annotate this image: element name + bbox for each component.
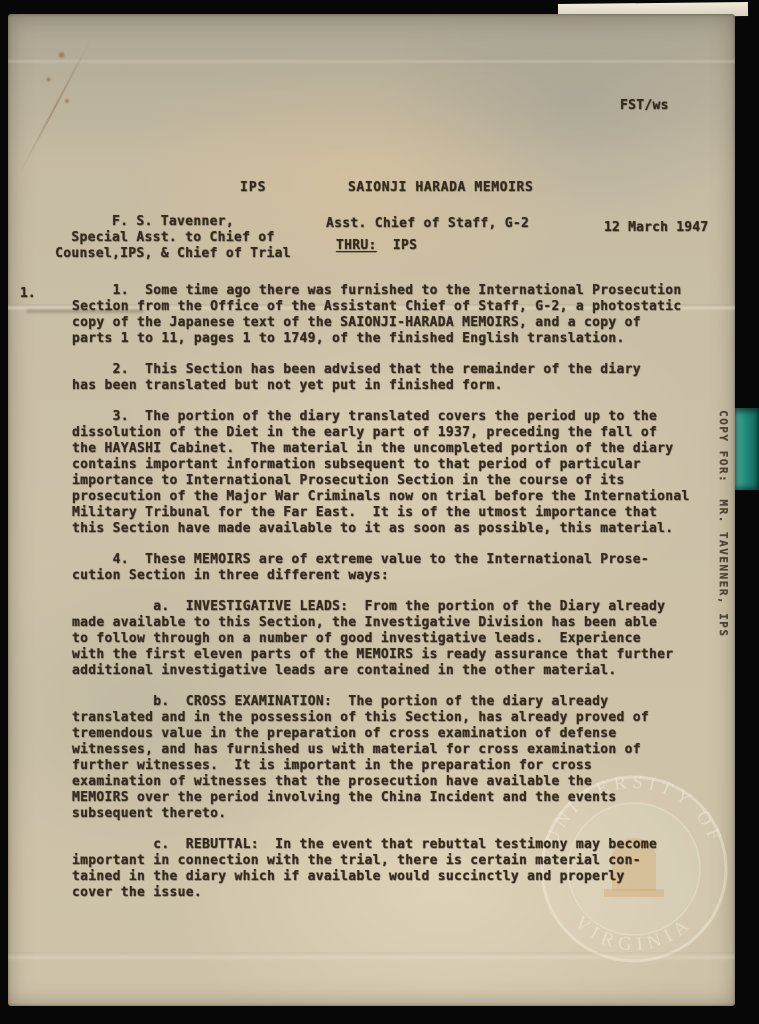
thru-spacer bbox=[377, 238, 393, 253]
subparagraph-c-rebuttal: c. REBUTTAL: In the event that rebuttal … bbox=[72, 837, 724, 901]
stain-spot bbox=[46, 76, 51, 83]
subparagraph-a-investigative-leads: a. INVESTIGATIVE LEADS: From the portion… bbox=[72, 599, 724, 679]
margin-number: 1. bbox=[20, 286, 36, 301]
org-abbreviation: IPS bbox=[240, 180, 266, 195]
typist-reference: FST/ws bbox=[620, 98, 669, 113]
paragraph-2: 2. This Section has been advised that th… bbox=[72, 362, 724, 394]
stain-spot bbox=[64, 98, 70, 104]
thru-label: THRU: bbox=[336, 238, 377, 253]
fold-crease bbox=[8, 952, 735, 961]
subparagraph-b-cross-examination: b. CROSS EXAMINATION: The portion of the… bbox=[72, 694, 724, 822]
from-address-block: F. S. Tavenner, Special Asst. to Chief o… bbox=[53, 214, 293, 262]
paragraph-1: 1. Some time ago there was furnished to … bbox=[72, 283, 724, 347]
thru-value: IPS bbox=[393, 238, 417, 253]
document-page: UNIVERSITY OF VIRGINIA FST/ws IPS SAIONJ… bbox=[8, 14, 735, 1006]
scan-background: UNIVERSITY OF VIRGINIA FST/ws IPS SAIONJ… bbox=[0, 0, 759, 1024]
paragraph-4: 4. These MEMOIRS are of extreme value to… bbox=[72, 552, 724, 584]
teal-index-tab bbox=[735, 408, 759, 490]
document-title: SAIONJI HARADA MEMOIRS bbox=[348, 180, 533, 195]
memo-body: 1. Some time ago there was furnished to … bbox=[72, 283, 724, 916]
document-date: 12 March 1947 bbox=[604, 220, 708, 235]
paragraph-3: 3. The portion of the diary translated c… bbox=[72, 409, 724, 537]
to-address-line: Asst. Chief of Staff, G-2 bbox=[326, 216, 529, 231]
stain-spot bbox=[58, 50, 65, 60]
fold-crease bbox=[8, 58, 735, 64]
thru-line: THRU: IPS bbox=[336, 238, 417, 253]
